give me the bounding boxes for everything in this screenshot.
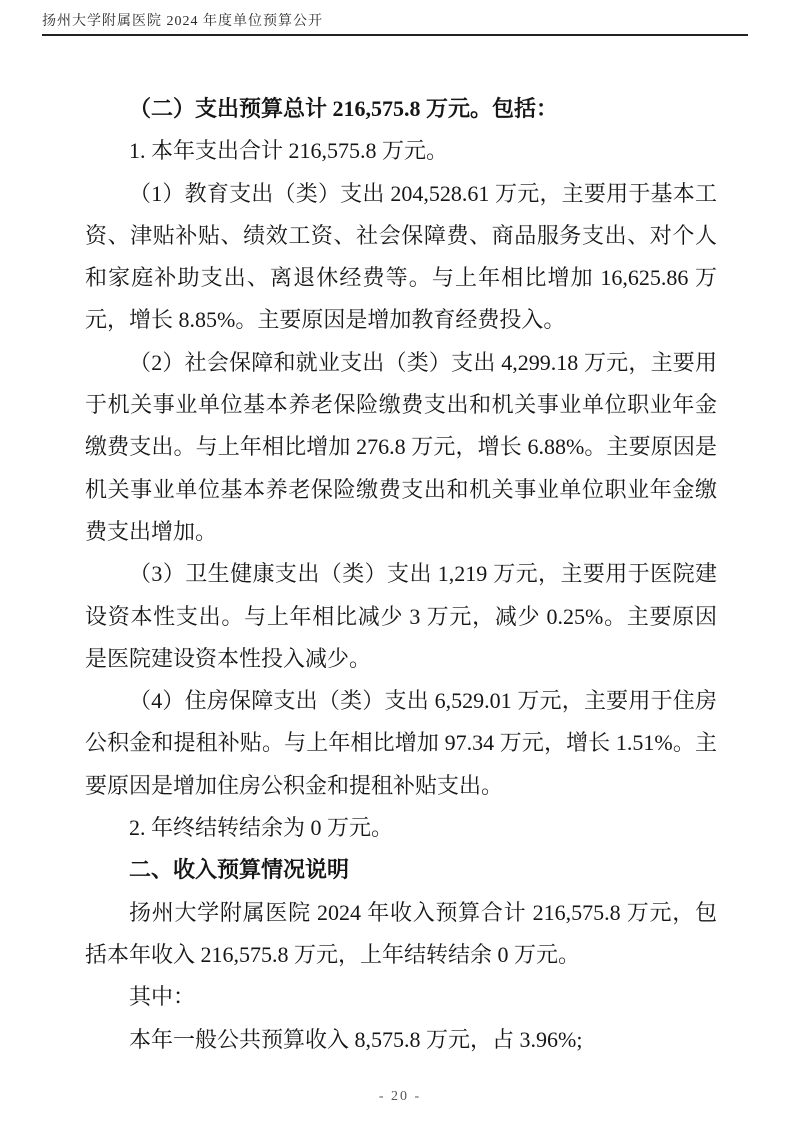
paragraph-annual-expense-total: 1. 本年支出合计 216,575.8 万元。 [85, 130, 717, 172]
paragraph-revenue-total: 扬州大学附属医院 2024 年收入预算合计 216,575.8 万元，包括本年收… [85, 892, 717, 977]
document-page: 扬州大学附属医院 2024 年度单位预算公开 （二）支出预算总计 216,575… [0, 0, 800, 1131]
paragraph-housing-expense: （4）住房保障支出（类）支出 6,529.01 万元，主要用于住房公积金和提租补… [85, 680, 717, 807]
heading-expense-budget-total: （二）支出预算总计 216,575.8 万元。包括： [85, 88, 717, 130]
paragraph-among-which: 其中： [85, 976, 717, 1018]
heading-revenue-budget-section: 二、收入预算情况说明 [85, 849, 717, 891]
page-footer: - 20 - [0, 1089, 800, 1105]
paragraph-general-public-budget-revenue: 本年一般公共预算收入 8,575.8 万元，占 3.96%; [85, 1019, 717, 1061]
paragraph-education-expense: （1）教育支出（类）支出 204,528.61 万元，主要用于基本工资、津贴补贴… [85, 173, 717, 342]
paragraph-social-security-expense: （2）社会保障和就业支出（类）支出 4,299.18 万元，主要用于机关事业单位… [85, 342, 717, 553]
page-number: - 20 - [379, 1089, 421, 1104]
paragraph-year-end-balance: 2. 年终结转结余为 0 万元。 [85, 807, 717, 849]
paragraph-health-expense: （3）卫生健康支出（类）支出 1,219 万元，主要用于医院建设资本性支出。与上… [85, 553, 717, 680]
document-header-title: 扬州大学附属医院 2024 年度单位预算公开 [42, 10, 748, 30]
document-body: （二）支出预算总计 216,575.8 万元。包括： 1. 本年支出合计 216… [85, 88, 717, 1061]
page-header: 扬州大学附属医院 2024 年度单位预算公开 [42, 10, 748, 36]
